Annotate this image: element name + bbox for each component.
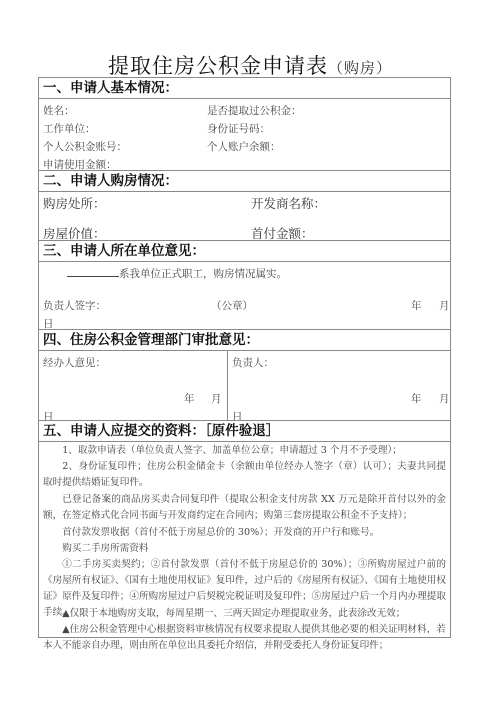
clerk-year-label: 年 [184,391,195,406]
section5-heading: 五、申请人应提交的资料：［原件验退］ [39,420,450,442]
signature-label: 负责人签字： [43,298,106,313]
employee-name-blank[interactable] [67,266,119,277]
section4-heading: 四、住房公积金管理部门审批意见： [39,329,450,351]
section2-heading: 二、申请人购房情况： [39,170,450,192]
manager-label[interactable]: 负责人： [232,355,274,370]
seal-label: （公章） [211,298,253,313]
statement-text: 系我单位正式职工，购房情况属实。 [119,268,287,280]
section5-body: 1、取款申请表（单位负责人签字、加盖单位公章；申请超过 3 个月不予受理）； 2… [39,442,450,638]
application-form: 一、申请人基本情况： 姓名： 是否提取过公积金： 工作单位： 身份证号码： 个人… [38,77,451,638]
clerk-opinion-label[interactable]: 经办人意见： [43,355,106,370]
employer-field[interactable]: 工作单位： [43,121,96,136]
section4-divider [227,351,228,421]
section3-body: 系我单位正式职工，购房情况属实。 负责人签字： （公章） 年 月 日 [39,262,450,328]
requirement-item: 已登记备案的商品房买卖合同复印件（提取公积金支付房款 XX 万元是除开首付以外的… [43,492,446,524]
requirement-item: 1、取款申请表（单位负责人签字、加盖单位公章；申请超过 3 个月不予受理）； [43,443,446,459]
form-title: 提取住房公积金申请表（购房） [0,50,500,80]
form-title-suffix: （购房） [328,59,392,77]
requirement-item: 购买二手房所需资料 [43,541,446,557]
withdrawn-before-field[interactable]: 是否提取过公积金： [207,103,302,118]
manager-month-label: 月 [439,391,450,406]
account-balance-field[interactable]: 个人账户余额： [207,139,281,154]
manager-year-label: 年 [411,391,422,406]
developer-name-field[interactable]: 开发商名称： [251,194,326,212]
requirement-item: 首付款发票收据（首付不低于房屋总价的 30%）；开发商的开户行和账号。 [43,525,446,541]
requirement-item: ▲仅限于本地购房支取，每周星期一、三两天固定办理提取业务，此表涂改无效； [43,606,446,622]
fund-account-field[interactable]: 个人公积金账号： [43,139,127,154]
clerk-month-label: 月 [211,391,222,406]
requirement-item: ▲住房公积金管理中心根据资料审核情况有权要求提取人提供其他必要的相关证明材料，若… [43,622,446,654]
section3-heading: 三、申请人所在单位意见： [39,240,450,262]
section1-body: 姓名： 是否提取过公积金： 工作单位： 身份证号码： 个人公积金账号： 个人账户… [39,99,450,172]
name-field[interactable]: 姓名： [43,103,75,118]
employer-statement: 系我单位正式职工，购房情况属实。 [67,266,287,281]
house-location-field[interactable]: 购房处所： [43,194,106,212]
form-title-main: 提取住房公积金申请表 [108,54,328,78]
section4-body: 经办人意见： 年 月 日 负责人： 年 月 日 [39,351,450,421]
month-label: 月 [439,298,450,313]
section2-body: 购房处所： 开发商名称： 房屋价值： 首付金额： [39,192,450,242]
requirement-item: 2、身份证复印件；住房公积金储金卡（余额由单位经办人签字（章）认可）；夫妻共同提… [43,459,446,491]
section1-heading: 一、申请人基本情况： [39,78,450,99]
id-number-field[interactable]: 身份证号码： [207,121,270,136]
year-label: 年 [411,298,422,313]
